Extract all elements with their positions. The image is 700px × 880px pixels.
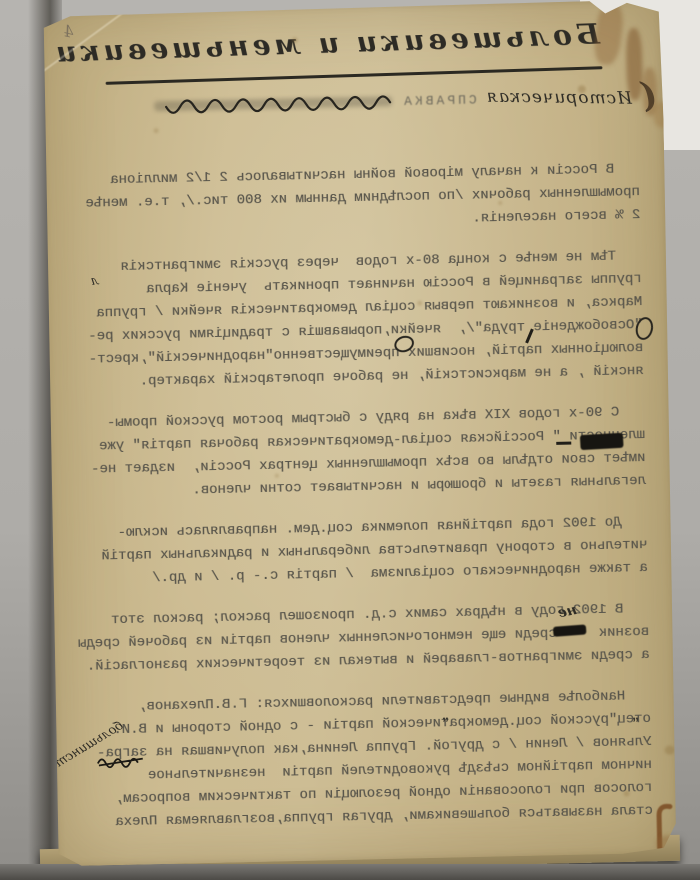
foxing-spot [665, 745, 675, 754]
foxing-spot [498, 201, 502, 205]
paper-sheet: Большевики и меньшевики ( Историческая С… [39, 0, 679, 866]
foxing-spot [417, 301, 422, 306]
inserted-letter-correction: л [90, 273, 100, 289]
ink-caret-mark [525, 329, 533, 344]
ditto-mark: ” [632, 714, 639, 730]
ink-circle-mark [634, 315, 656, 341]
pencil-page-mark: 4 [62, 21, 76, 42]
document-scan: Большевики и меньшевики ( Историческая С… [0, 0, 700, 880]
ink-circle-mark [392, 333, 416, 355]
ditto-mark: ” [442, 714, 449, 730]
struck-out-word-blot [553, 624, 587, 636]
foxing-spot [578, 85, 586, 93]
foxing-spot [275, 474, 279, 478]
foxing-spot [154, 128, 159, 133]
foxing-spot [546, 570, 551, 575]
ink-dash [556, 442, 571, 445]
bottom-edge-shadow [0, 864, 700, 880]
scribbled-out-word [97, 756, 145, 769]
tape-stain [626, 28, 644, 100]
annotation-overlay: 4 л не большинство ” ” [39, 0, 679, 866]
foxing-spot [624, 790, 630, 796]
ink-blot-correction [580, 433, 624, 450]
foxing-spot [292, 37, 298, 43]
handwritten-ne-correction: не [556, 602, 578, 621]
